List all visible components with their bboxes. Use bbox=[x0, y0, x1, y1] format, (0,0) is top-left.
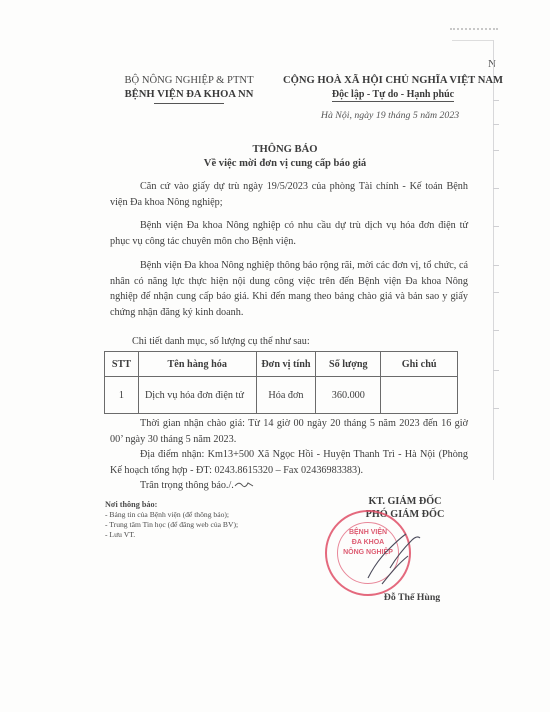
notice-title: THÔNG BÁO Về việc mời đơn vị cung cấp bá… bbox=[100, 143, 470, 171]
cell-quantity: 360.000 bbox=[316, 377, 381, 414]
edge-tick bbox=[493, 188, 499, 189]
date-line: Hà Nội, ngày 19 tháng 5 năm 2023 bbox=[270, 110, 510, 121]
edge-letter: N bbox=[488, 58, 496, 70]
col-stt: STT bbox=[105, 352, 139, 377]
title-subject: Về việc mời đơn vị cung cấp báo giá bbox=[100, 157, 470, 171]
country-name: CỘNG HOÀ XÃ HỘI CHỦ NGHĨA VIỆT NAM bbox=[248, 74, 538, 88]
page-edge-line bbox=[493, 40, 494, 480]
title-main: THÔNG BÁO bbox=[100, 143, 470, 157]
edge-tick bbox=[493, 265, 499, 266]
col-item-name: Tên hàng hóa bbox=[138, 352, 256, 377]
edge-tick bbox=[493, 226, 499, 227]
items-table: STT Tên hàng hóa Đơn vị tính Số lượng Gh… bbox=[104, 351, 458, 414]
sign-line-1: KT. GIÁM ĐỐC bbox=[330, 495, 480, 508]
recipient-item: - Bảng tin của Bệnh viện (để thông báo); bbox=[105, 510, 238, 520]
scan-artifact-dots bbox=[450, 28, 498, 32]
table-header-row: STT Tên hàng hóa Đơn vị tính Số lượng Gh… bbox=[105, 352, 458, 377]
edge-tick bbox=[493, 408, 499, 409]
paragraph-2: Bệnh viện Đa khoa Nông nghiệp có nhu cầu… bbox=[110, 218, 468, 249]
national-motto: Độc lập - Tự do - Hạnh phúc bbox=[248, 88, 538, 102]
national-header: CỘNG HOÀ XÃ HỘI CHỦ NGHĨA VIỆT NAM Độc l… bbox=[248, 74, 538, 102]
cell-unit: Hóa đơn bbox=[256, 377, 316, 414]
scan-artifact-dash bbox=[452, 40, 494, 41]
edge-tick bbox=[493, 150, 499, 151]
paragraph-4: Chi tiết danh mục, số lượng cụ thể như s… bbox=[114, 334, 472, 350]
cell-item-name: Dịch vụ hóa đơn điện tử bbox=[138, 377, 256, 414]
recipient-item: - Trung tâm Tin học (để đăng web của BV)… bbox=[105, 520, 238, 530]
edge-tick bbox=[493, 370, 499, 371]
paragraph-1: Căn cứ vào giấy dự trù ngày 19/5/2023 củ… bbox=[110, 179, 468, 210]
signer-name: Đỗ Thế Hùng bbox=[372, 592, 452, 603]
recipients-heading: Nơi thông báo: bbox=[105, 500, 238, 510]
paragraph-3: Bệnh viện Đa khoa Nông nghiệp thông báo … bbox=[110, 258, 468, 320]
handwritten-signature-icon bbox=[360, 528, 430, 588]
header-underline bbox=[154, 103, 224, 104]
cell-note bbox=[381, 377, 458, 414]
table-row: 1 Dịch vụ hóa đơn điện tử Hóa đơn 360.00… bbox=[105, 377, 458, 414]
paragraph-quote-time: Thời gian nhận chào giá: Từ 14 giờ 00 ng… bbox=[110, 416, 468, 447]
col-quantity: Số lượng bbox=[316, 352, 381, 377]
col-unit: Đơn vị tính bbox=[256, 352, 316, 377]
recipients-list: Nơi thông báo: - Bảng tin của Bệnh viện … bbox=[105, 500, 238, 540]
col-note: Ghi chú bbox=[381, 352, 458, 377]
recipient-item: - Lưu VT. bbox=[105, 530, 238, 540]
edge-tick bbox=[493, 330, 499, 331]
edge-tick bbox=[493, 124, 499, 125]
paragraph-closing: Trân trọng thông báo./. bbox=[110, 478, 468, 494]
paragraph-location: Địa điểm nhận: Km13+500 Xã Ngọc Hồi - Hu… bbox=[110, 447, 468, 478]
edge-tick bbox=[493, 292, 499, 293]
cell-stt: 1 bbox=[105, 377, 139, 414]
initial-scribble-icon bbox=[234, 480, 254, 488]
